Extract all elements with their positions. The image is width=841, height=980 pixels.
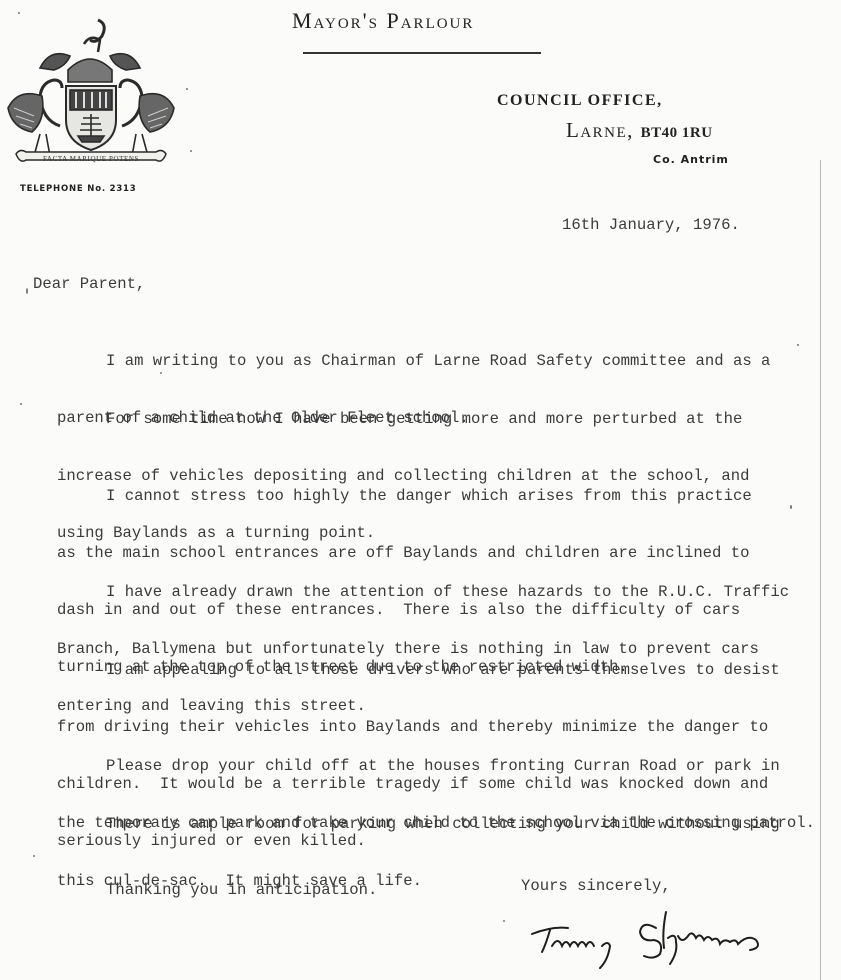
paper-speck: [797, 344, 799, 346]
paper-speck: [160, 372, 162, 374]
paper-speck: [26, 288, 28, 294]
address-county: Co. Antrim: [653, 153, 729, 166]
paragraph-line: I cannot stress too highly the danger wh…: [57, 487, 752, 506]
address-postcode: BT40 1RU: [641, 125, 713, 141]
paper-speck: [790, 505, 792, 509]
paper-speck: [190, 150, 192, 152]
address-town-name: Larne,: [566, 118, 634, 142]
letter-page: FACTA MARIQUE POTENS TELEPHONE No. 2313 …: [0, 0, 841, 980]
address-office: COUNCIL OFFICE,: [497, 92, 663, 110]
paragraph-line: There is ample room for parking when col…: [57, 815, 780, 834]
paper-speck: [20, 403, 22, 405]
paragraph-line: For some time now I have been getting mo…: [57, 410, 749, 429]
coat-of-arms-icon: FACTA MARIQUE POTENS: [0, 8, 182, 168]
paper-speck: [186, 88, 188, 90]
paragraph-8: Thanking you in anticipation.: [57, 843, 377, 938]
page-edge-line: [820, 160, 821, 980]
paragraph-line: Thanking you in anticipation.: [57, 881, 377, 900]
crest-motto: FACTA MARIQUE POTENS: [43, 155, 139, 163]
title-underline: [303, 52, 541, 54]
paragraph-line: I am appealing to all those drivers who …: [57, 661, 780, 680]
salutation: Dear Parent,: [33, 275, 145, 294]
closing: Yours sincerely,: [521, 877, 671, 896]
paragraph-line: I am writing to you as Chairman of Larne…: [57, 352, 770, 371]
paper-speck: [503, 920, 505, 922]
signature-icon: [528, 908, 798, 970]
paper-speck: [33, 855, 35, 857]
paragraph-line: Please drop your child off at the houses…: [57, 757, 815, 776]
telephone-number: TELEPHONE No. 2313: [20, 184, 136, 194]
paragraph-line: I have already drawn the attention of th…: [57, 583, 789, 602]
paper-speck: [18, 12, 20, 14]
letterhead-title: Mayor's Parlour: [292, 8, 474, 34]
address-town: Larne, BT40 1RU: [566, 118, 713, 143]
letter-date: 16th January, 1976.: [562, 216, 740, 235]
